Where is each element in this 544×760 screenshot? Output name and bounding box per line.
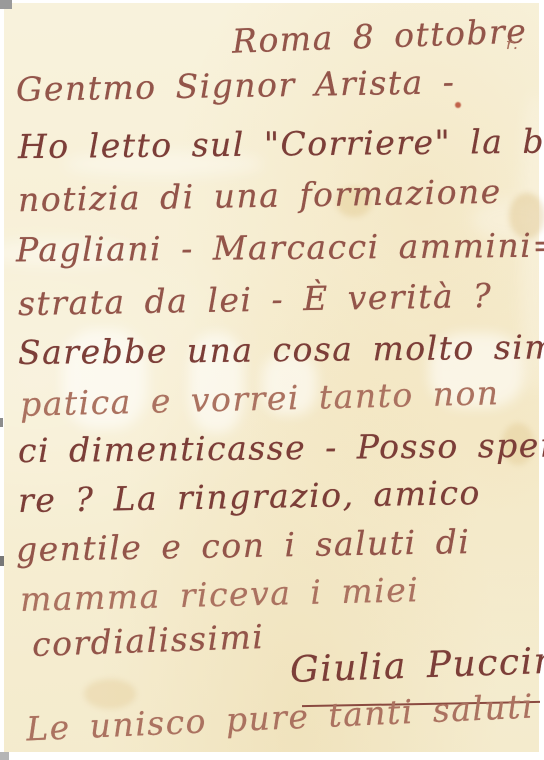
scanner-corner-artifact — [0, 0, 12, 9]
body-line: patica e vorrei tanto non — [20, 376, 500, 421]
scanner-edge-artifact — [0, 418, 3, 427]
date-line: Roma 8 ottobre - — [232, 13, 544, 57]
salutation-line: Gentmo Signor Arista - — [16, 65, 456, 106]
body-line: Ho letto sul "Corriere" la bella — [18, 124, 544, 163]
body-line: Sarebbe una cosa molto sim= — [18, 330, 544, 369]
body-line: ci dimenticasse - Posso spera= — [18, 428, 544, 467]
letter-scan: Roma 8 ottobre - r. Gentmo Signor Arista… — [0, 0, 544, 760]
body-line: Pagliani - Marcacci ammini= — [16, 229, 544, 267]
body-line: cordialissimi — [31, 620, 264, 661]
signature: Giulia Puccini — [289, 643, 544, 689]
body-line: strata da lei - È verità ? — [18, 279, 493, 320]
scanner-corner-artifact — [0, 752, 9, 760]
body-line: notizia di una formazione — [18, 175, 502, 216]
date-annotation: r. — [506, 37, 519, 52]
red-ink-speck — [455, 102, 461, 108]
body-line: mamma riceva i miei — [20, 573, 420, 616]
body-line: re ? La ringrazio, amico — [18, 476, 481, 517]
scanner-edge-artifact — [0, 556, 4, 566]
letter-page: Roma 8 ottobre - r. Gentmo Signor Arista… — [4, 3, 539, 752]
body-line: gentile e con i saluti di — [16, 525, 471, 566]
